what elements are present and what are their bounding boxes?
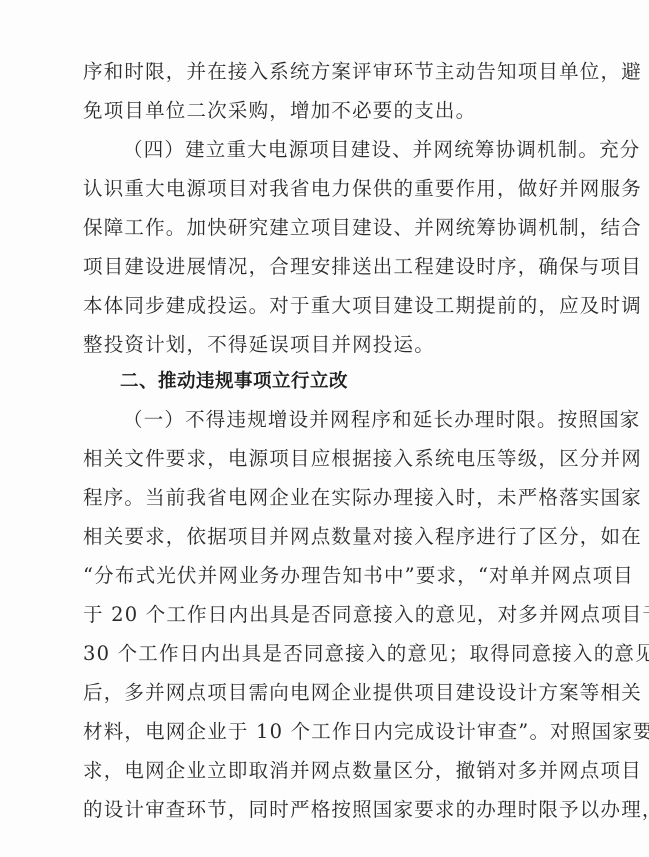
paragraph-line: 求，电网企业立即取消并网点数量区分，撤销对多并网点项目 bbox=[83, 759, 583, 783]
paragraph-line: 整投资计划，不得延误项目并网投运。 bbox=[83, 333, 583, 357]
paragraph-line: 相关要求，依据项目并网点数量对接入程序进行了区分，如在 bbox=[83, 525, 583, 549]
section-heading: 二、推动违规事项立行立改 bbox=[120, 370, 580, 394]
paragraph-line: 序和时限，并在接入系统方案评审环节主动告知项目单位，避 bbox=[83, 60, 583, 84]
paragraph-line: 免项目单位二次采购，增加不必要的支出。 bbox=[83, 99, 583, 123]
paragraph-line: 程序。当前我省电网企业在实际办理接入时，未严格落实国家 bbox=[83, 486, 583, 510]
paragraph-line: 后，多并网点项目需向电网企业提供项目建设设计方案等相关 bbox=[83, 681, 583, 705]
document-page: 序和时限，并在接入系统方案评审环节主动告知项目单位，避 免项目单位二次采购，增加… bbox=[0, 0, 649, 857]
paragraph-line: 材料，电网企业于 10 个工作日内完成设计审查”。对照国家要 bbox=[83, 720, 583, 744]
paragraph-line: 的设计审查环节，同时严格按照国家要求的办理时限予以办理， bbox=[83, 798, 583, 822]
paragraph-line: 项目建设进展情况，合理安排送出工程建设时序，确保与项目 bbox=[83, 255, 583, 279]
section-four-title-line: （四）建立重大电源项目建设、并网统筹协调机制。充分 bbox=[123, 138, 583, 162]
paragraph-line: 认识重大电源项目对我省电力保供的重要作用，做好并网服务 bbox=[83, 177, 583, 201]
subsection-one-title-line: （一）不得违规增设并网程序和延长办理时限。按照国家 bbox=[123, 408, 583, 432]
paragraph-line: 30 个工作日内出具是否同意接入的意见；取得同意接入的意见 bbox=[83, 642, 583, 666]
paragraph-line: “分布式光伏并网业务办理告知书中”要求，“对单并网点项目 bbox=[83, 564, 583, 588]
paragraph-line: 于 20 个工作日内出具是否同意接入的意见，对多并网点项目于 bbox=[83, 603, 583, 627]
paragraph-line: 本体同步建成投运。对于重大项目建设工期提前的，应及时调 bbox=[83, 294, 583, 318]
paragraph-line: 相关文件要求，电源项目应根据接入系统电压等级，区分并网 bbox=[83, 447, 583, 471]
paragraph-line: 保障工作。加快研究建立项目建设、并网统筹协调机制，结合 bbox=[83, 216, 583, 240]
